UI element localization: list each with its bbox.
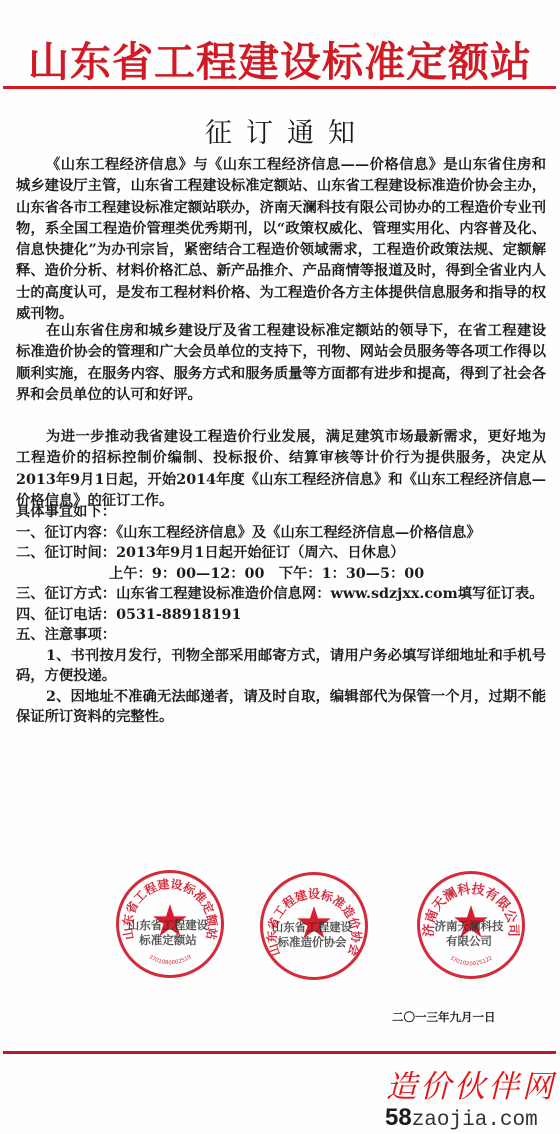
detail-label: 二、征订时间： bbox=[16, 545, 116, 561]
detail-value: 2013年9月1日起开始征订（周六、日休息） bbox=[116, 545, 404, 561]
detail-value-phone: 0531-88918191 bbox=[116, 607, 241, 623]
detail-value: 《山东工程经济信息》及《山东工程经济信息—价格信息》 bbox=[116, 525, 481, 541]
note-2: 2、因地址不准确无法邮递者，请及时自取，编辑部代为保管一个月，过期不能保证所订资… bbox=[16, 687, 546, 728]
body-paragraph-2: 在山东省住房和城乡建设厅及省工程建设标准定额站的领导下，在省工程建设标准造价协会… bbox=[16, 321, 546, 406]
detail-item-hours: 上午：9：00—12：00 下午：1：30—5：00 bbox=[16, 564, 546, 585]
detail-item-phone: 四、征订电话：0531-88918191 bbox=[16, 605, 546, 626]
note-1: 1、书刊按月发行，刊物全部采用邮寄方式，请用户务必填写详细地址和手机号码，方便投… bbox=[16, 646, 546, 687]
footer-divider bbox=[3, 1051, 556, 1054]
seal-center-text: 山东省工程建设 标准定额站 bbox=[113, 918, 223, 948]
seal-center-line: 济南天澜科技 bbox=[414, 919, 524, 934]
svg-text:3701020025122: 3701020025122 bbox=[448, 955, 493, 967]
body-paragraph-3: 为进一步推动我省建设工程造价行业发展，满足建筑市场最新需求，更好地为工程造价的招… bbox=[16, 427, 546, 512]
header-divider bbox=[3, 86, 556, 89]
watermark-domain-number: 58 bbox=[385, 1104, 412, 1131]
document-title: 征订通知 bbox=[0, 116, 560, 152]
seal-quota-station: 山东省工程建设标准定额站 3701080002519 ★ 山东省工程建设 标准定… bbox=[116, 870, 224, 978]
detail-label: 三、征订方式： bbox=[16, 586, 116, 602]
detail-value-website: 山东省工程建设标准造价信息网：www.sdzjxx.com填写征订表。 bbox=[116, 586, 543, 602]
detail-item-method: 三、征订方式：山东省工程建设标准造价信息网：www.sdzjxx.com填写征订… bbox=[16, 584, 546, 605]
body-paragraph-1: 《山东工程经济信息》与《山东工程经济信息——价格信息》是山东省住房和城乡建设厅主… bbox=[16, 155, 546, 325]
paragraph-text: 在山东省住房和城乡建设厅及省工程建设标准定额站的领导下，在省工程建设标准造价协会… bbox=[16, 321, 546, 406]
detail-item-notes: 五、注意事项： bbox=[16, 625, 546, 646]
signature-date: 二〇一三年九月一日 bbox=[392, 1009, 496, 1025]
detail-item-time: 二、征订时间：2013年9月1日起开始征订（周六、日休息） bbox=[16, 543, 546, 564]
seal-center-line: 标准定额站 bbox=[113, 933, 223, 948]
seal-center-line: 山东省工程建设 bbox=[257, 920, 367, 935]
seal-center-line: 有限公司 bbox=[414, 934, 524, 949]
detail-label: 四、征订电话： bbox=[16, 607, 116, 623]
svg-text:3701080002519: 3701080002519 bbox=[147, 954, 193, 966]
details-intro: 具体事宜如下： bbox=[16, 502, 546, 523]
watermark-logo-text: 造价伙伴网 bbox=[386, 1070, 560, 1104]
detail-item-content: 一、征订内容：《山东工程经济信息》及《山东工程经济信息—价格信息》 bbox=[16, 523, 546, 544]
seal-tianlan-company: 济南天澜科技有限公司 3701020025122 ★ 济南天澜科技 有限公司 bbox=[417, 871, 525, 979]
detail-value: 上午：9：00—12：00 下午：1：30—5：00 bbox=[109, 566, 424, 582]
detail-label: 五、注意事项： bbox=[16, 627, 116, 643]
details-section: 具体事宜如下： 一、征订内容：《山东工程经济信息》及《山东工程经济信息—价格信息… bbox=[16, 502, 546, 728]
organization-header: 山东省工程建设标准定额站 bbox=[0, 36, 560, 88]
detail-label: 一、征订内容： bbox=[16, 525, 116, 541]
paragraph-text: 《山东工程经济信息》与《山东工程经济信息——价格信息》是山东省住房和城乡建设厅主… bbox=[16, 155, 546, 325]
seal-center-text: 山东省工程建设 标准造价协会 bbox=[257, 920, 367, 950]
seal-center-line: 标准造价协会 bbox=[257, 935, 367, 950]
watermark-domain-text: zaojia.com bbox=[412, 1109, 538, 1132]
seal-center-line: 山东省工程建设 bbox=[113, 918, 223, 933]
seal-center-text: 济南天澜科技 有限公司 bbox=[414, 919, 524, 949]
seal-cost-association: 山东省工程建设标准造价协会 ★ 山东省工程建设 标准造价协会 bbox=[260, 872, 368, 980]
notice-document: 山东省工程建设标准定额站 征订通知 《山东工程经济信息》与《山东工程经济信息——… bbox=[0, 0, 560, 1134]
watermark-domain: 58zaojia.com bbox=[385, 1106, 538, 1133]
paragraph-text: 为进一步推动我省建设工程造价行业发展，满足建筑市场最新需求，更好地为工程造价的招… bbox=[16, 427, 546, 512]
